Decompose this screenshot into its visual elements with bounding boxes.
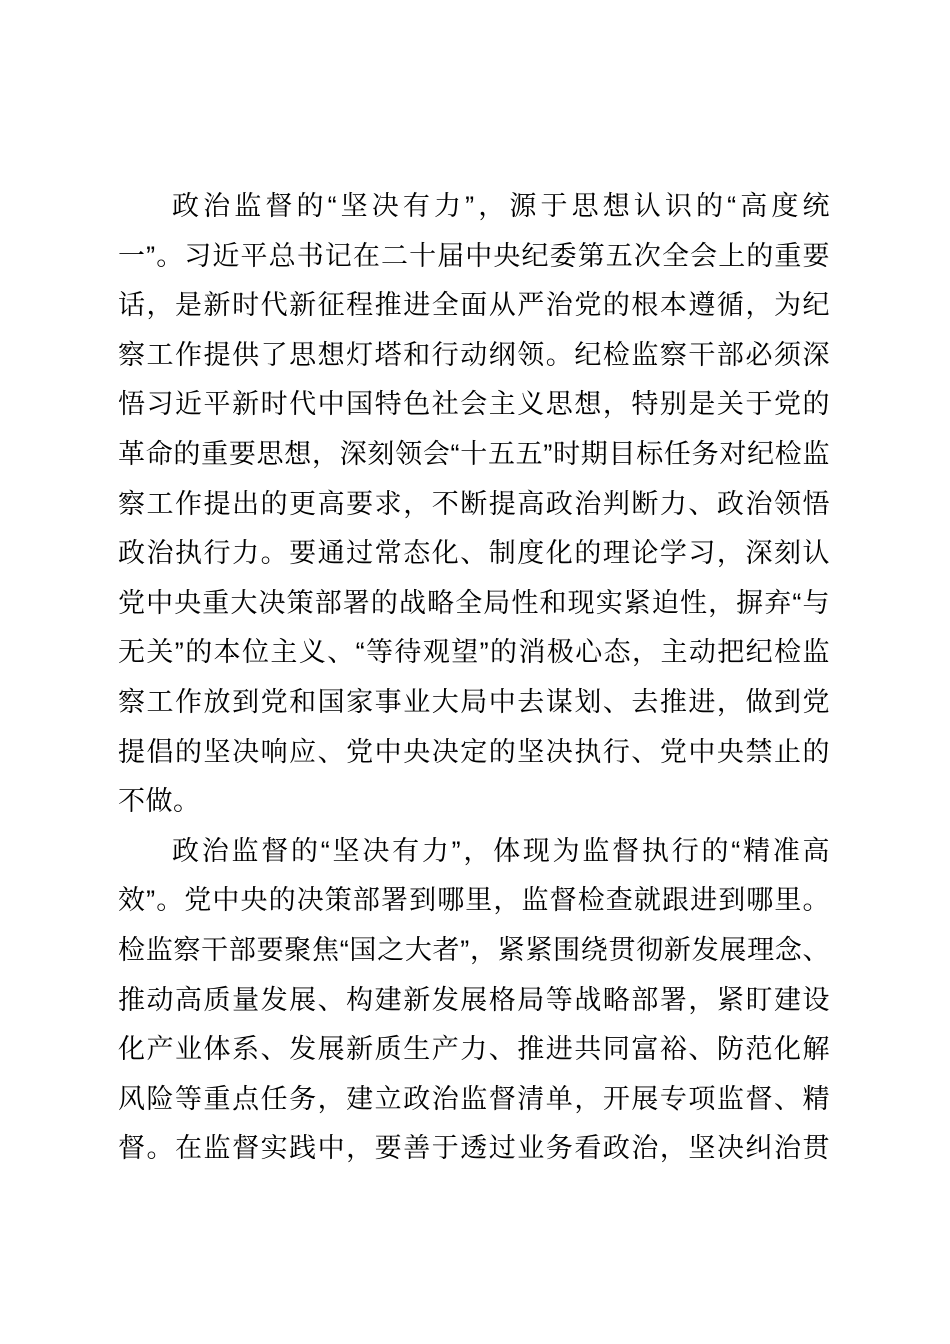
text-line: 察工作提出的更高要求，不断提高政治判断力、政治领悟力、 — [118, 480, 830, 530]
text-line: 察工作放到党和国家事业大局中去谋划、去推进，做到党中央 — [118, 678, 830, 728]
text-line: 一”。习近平总书记在二十届中央纪委第五次全会上的重要讲 — [118, 232, 830, 282]
document-body: 政治监督的“坚决有力”，源于思想认识的“高度统一”。习近平总书记在二十届中央纪委… — [118, 182, 830, 1174]
text-line: 话，是新时代新征程推进全面从严治党的根本遵循，为纪检监 — [118, 281, 830, 331]
text-line: 党中央重大决策部署的战略全局性和现实紧迫性，摒弃“与己 — [118, 579, 830, 629]
text-line: 检监察干部要聚焦“国之大者”，紧紧围绕贯彻新发展理念、 — [118, 926, 830, 976]
text-line: 风险等重点任务，建立政治监督清单，开展专项监督、精准监 — [118, 1075, 830, 1125]
text-line: 推动高质量发展、构建新发展格局等战略部署，紧盯建设现代 — [118, 976, 830, 1026]
paragraph: 政治监督的“坚决有力”，源于思想认识的“高度统一”。习近平总书记在二十届中央纪委… — [118, 182, 830, 827]
document-page: 政治监督的“坚决有力”，源于思想认识的“高度统一”。习近平总书记在二十届中央纪委… — [0, 0, 950, 1344]
text-line: 提倡的坚决响应、党中央决定的坚决执行、党中央禁止的坚决 — [118, 728, 830, 778]
text-line: 革命的重要思想，深刻领会“十五五”时期目标任务对纪检监 — [118, 430, 830, 480]
text-line: 不做。 — [118, 777, 830, 827]
text-line: 督。在监督实践中，要善于透过业务看政治，坚决纠治贯彻落 — [118, 1124, 830, 1174]
text-line: 政治监督的“坚决有力”，体现为监督执行的“精准高 — [118, 827, 830, 877]
text-line: 政治监督的“坚决有力”，源于思想认识的“高度统 — [118, 182, 830, 232]
text-line: 政治执行力。要通过常态化、制度化的理论学习，深刻认识到 — [118, 529, 830, 579]
text-line: 察工作提供了思想灯塔和行动纲领。纪检监察干部必须深学细 — [118, 331, 830, 381]
text-line: 化产业体系、发展新质生产力、推进共同富裕、防范化解重大 — [118, 1025, 830, 1075]
text-line: 效”。党中央的决策部署到哪里，监督检查就跟进到哪里。纪 — [118, 876, 830, 926]
text-line: 悟习近平新时代中国特色社会主义思想，特别是关于党的自我 — [118, 380, 830, 430]
text-line: 无关”的本位主义、“等待观望”的消极心态，主动把纪检监 — [118, 628, 830, 678]
paragraph: 政治监督的“坚决有力”，体现为监督执行的“精准高效”。党中央的决策部署到哪里，监… — [118, 827, 830, 1174]
